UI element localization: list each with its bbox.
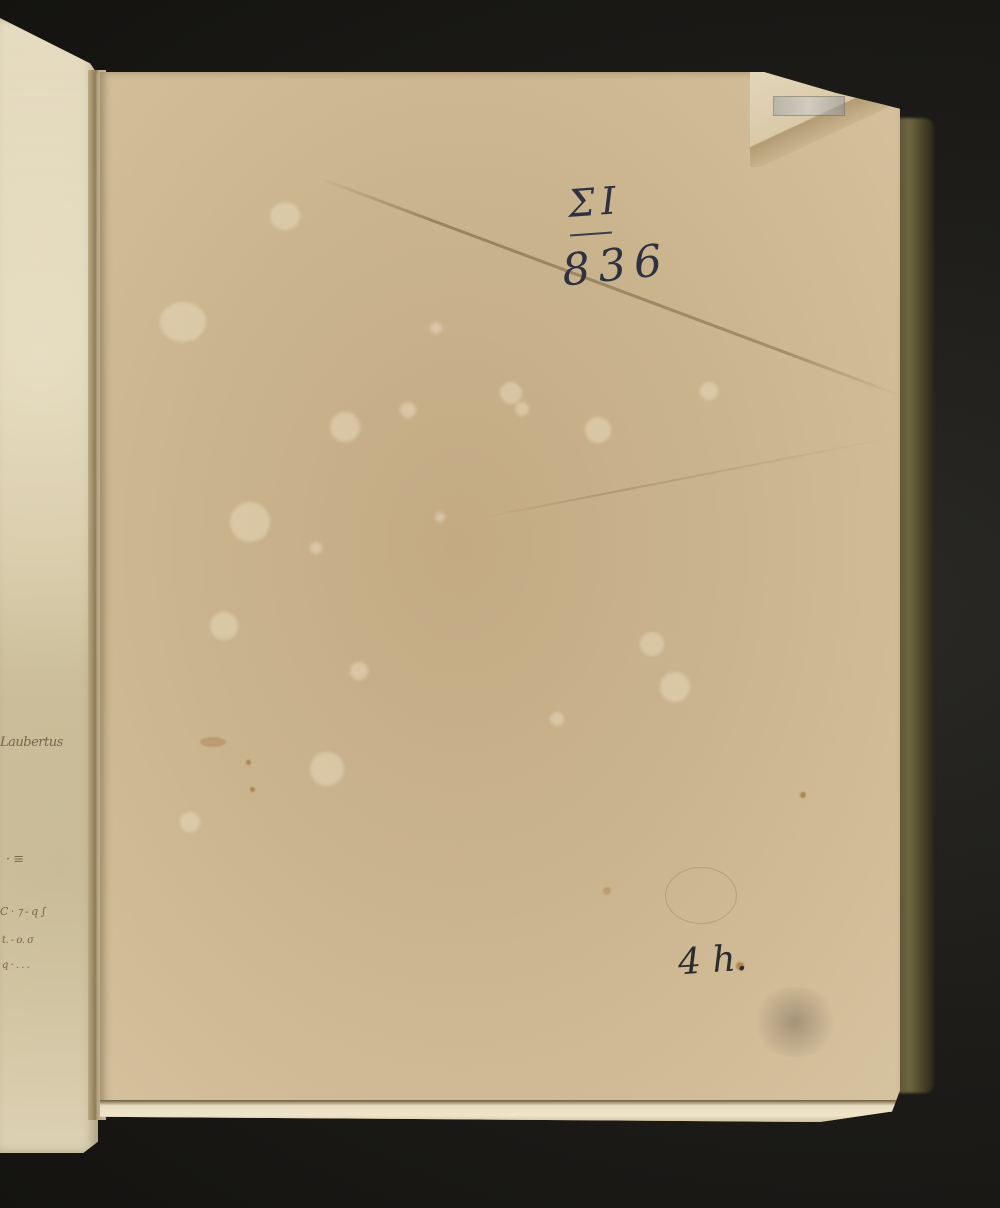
- bottom-annotation: 4 h.: [677, 938, 749, 984]
- left-page: Laubertus · ≡ C · ⁊ ‑ q ∫ t. ‑ o. σ q · …: [0, 18, 98, 1153]
- paper-crease: [480, 437, 893, 519]
- shelfmark-number: 836: [560, 234, 673, 296]
- right-page-flyleaf: ΣI 836 4 h.: [100, 72, 900, 1122]
- left-page-note: · ≡: [6, 852, 24, 867]
- left-page-note: C · ⁊ ‑ q ∫: [0, 905, 46, 918]
- left-page-note: q · . . .: [2, 960, 29, 971]
- pencil-circle-mark: [665, 867, 737, 924]
- left-page-note: t. ‑ o. σ: [2, 935, 33, 946]
- shelfmark-divider: [570, 232, 612, 237]
- left-page-note: Laubertus: [0, 735, 63, 750]
- book-fore-edge: [896, 118, 934, 1093]
- corner-label-remnant: [773, 96, 845, 116]
- shelfmark-top: ΣI: [567, 178, 624, 226]
- ink-smudge: [750, 987, 840, 1057]
- foxing-stains: [100, 72, 900, 1122]
